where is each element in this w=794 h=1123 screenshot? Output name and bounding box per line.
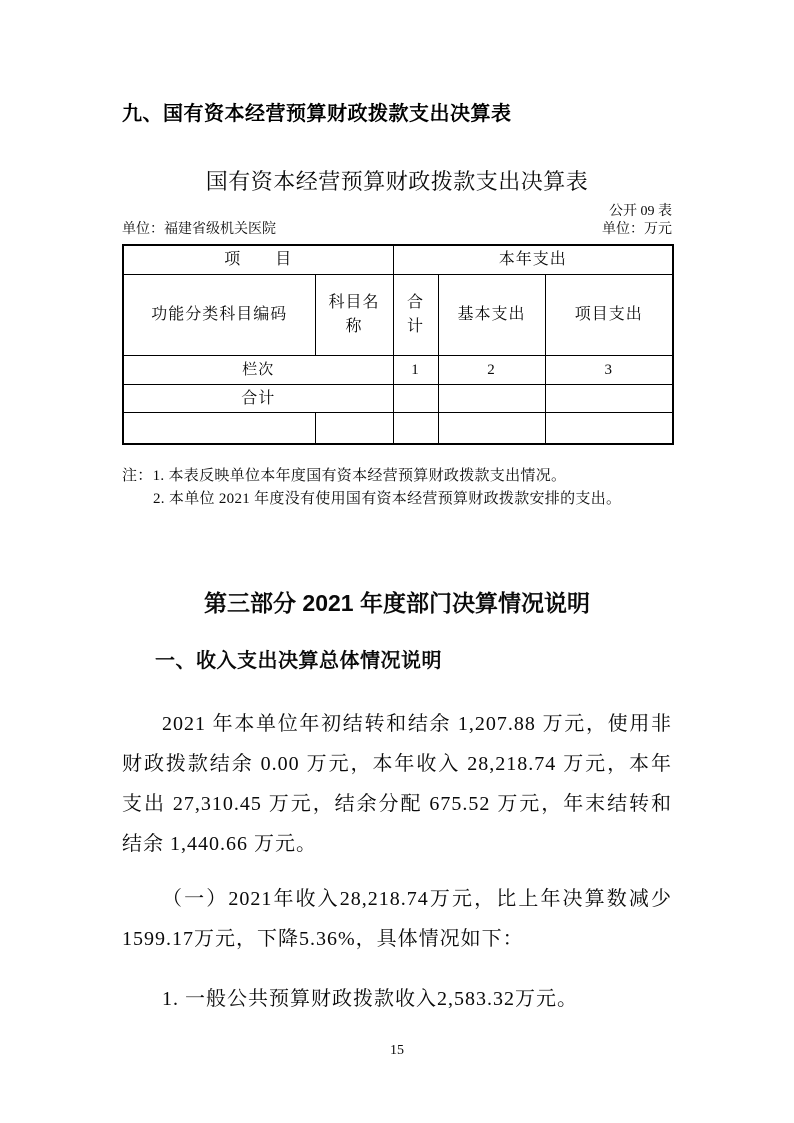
part3-subheading: 一、收入支出决算总体情况说明 xyxy=(122,649,672,673)
note-line-2: 2. 本单位 2021 年度没有使用国有资本经营预算财政拨款安排的支出。 xyxy=(122,488,672,511)
total-value-cell xyxy=(393,385,438,413)
lane-label-cell: 栏次 xyxy=(123,356,393,385)
th-total-text: 合计 xyxy=(405,291,426,339)
th-functional-code: 功能分类科目编码 xyxy=(123,275,315,356)
table-notes: 注：1. 本表反映单位本年度国有资本经营预算财政拨款支出情况。 2. 本单位 2… xyxy=(122,465,672,511)
lane-number-row: 栏次 1 2 3 xyxy=(123,356,673,385)
lane-cell-3: 3 xyxy=(545,356,673,385)
lane-cell-1: 1 xyxy=(393,356,438,385)
income-summary-paragraph: （一）2021年收入28,218.74万元，比上年决算数减少1599.17万元，… xyxy=(122,879,672,959)
unit-row: 单位：福建省级机关医院 单位：万元 xyxy=(122,221,672,239)
total-value-cell xyxy=(438,385,545,413)
th-current-year-expenditure: 本年支出 xyxy=(393,245,673,275)
overview-paragraph: 2021 年本单位年初结转和结余 1,207.88 万元，使用非财政拨款结余 0… xyxy=(122,704,672,864)
part3-heading: 第三部分 2021 年度部门决算情况说明 xyxy=(122,589,672,617)
empty-cell xyxy=(545,413,673,445)
note-line-1: 注：1. 本表反映单位本年度国有资本经营预算财政拨款支出情况。 xyxy=(122,465,672,488)
unit-name-label: 单位：福建省级机关医院 xyxy=(122,221,276,239)
section-heading: 九、国有资本经营预算财政拨款支出决算表 xyxy=(122,103,672,125)
th-project-expenditure: 项目支出 xyxy=(545,275,673,356)
th-subject-name: 科目名称 xyxy=(315,275,393,356)
empty-data-row xyxy=(123,413,673,445)
table-header-row-1: 项 目 本年支出 xyxy=(123,245,673,275)
note-item-1: 1. 本表反映单位本年度国有资本经营预算财政拨款支出情况。 xyxy=(153,468,567,484)
empty-cell xyxy=(438,413,545,445)
th-basic-expenditure: 基本支出 xyxy=(438,275,545,356)
table-code-label: 公开 09 表 xyxy=(122,203,672,221)
page-number: 15 xyxy=(0,1042,794,1060)
document-page: 九、国有资本经营预算财政拨款支出决算表 国有资本经营预算财政拨款支出决算表 公开… xyxy=(0,0,794,1019)
expenditure-table: 项 目 本年支出 功能分类科目编码 科目名称 合计 基本支出 项目支出 栏次 1… xyxy=(122,244,674,445)
empty-cell xyxy=(315,413,393,445)
total-label-cell: 合计 xyxy=(123,385,393,413)
empty-cell xyxy=(393,413,438,445)
th-subject-name-text: 科目名称 xyxy=(327,291,381,339)
unit-measure-label: 单位：万元 xyxy=(602,221,672,239)
total-row: 合计 xyxy=(123,385,673,413)
lane-cell-2: 2 xyxy=(438,356,545,385)
table-header-row-2: 功能分类科目编码 科目名称 合计 基本支出 项目支出 xyxy=(123,275,673,356)
empty-cell xyxy=(123,413,315,445)
income-item-1-paragraph: 1. 一般公共预算财政拨款收入2,583.32万元。 xyxy=(122,979,672,1019)
th-total: 合计 xyxy=(393,275,438,356)
table-title: 国有资本经营预算财政拨款支出决算表 xyxy=(122,167,672,197)
th-item: 项 目 xyxy=(123,245,393,275)
note-prefix: 注： xyxy=(122,468,153,484)
total-value-cell xyxy=(545,385,673,413)
